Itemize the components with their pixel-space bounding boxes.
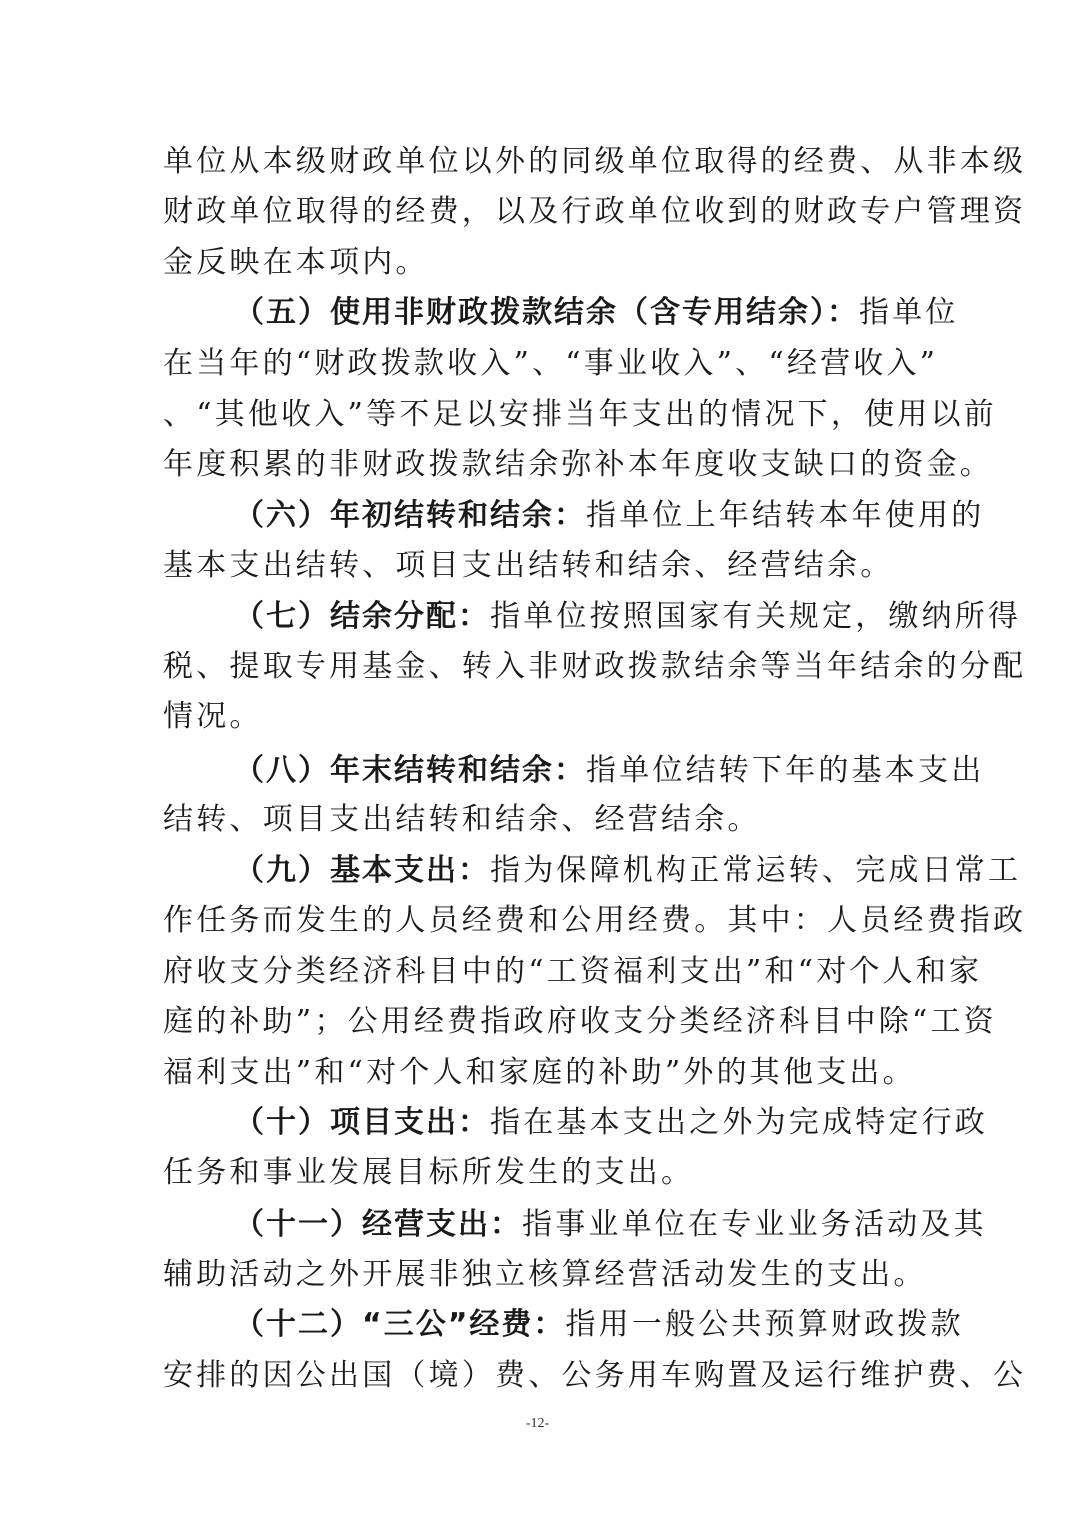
section-7-heading: （七）结余分配： — [234, 599, 490, 634]
section-9-line: 府收支分类经济科目中的“工资福利支出”和“对个人和家 — [163, 952, 923, 992]
section-11-line: 辅助活动之外开展非独立核算经营活动发生的支出。 — [163, 1255, 923, 1295]
section-5-heading: （五）使用非财政拨款结余（含专用结余）： — [234, 295, 859, 330]
section-7-text: 指单位按照国家有关规定，缴纳所得 — [490, 599, 1021, 634]
section-9-line: 福利支出”和“对个人和家庭的补助”外的其他支出。 — [163, 1053, 923, 1093]
section-7-line: 税、提取专用基金、转入非财政拨款结余等当年结余的分配 — [163, 647, 923, 687]
section-5-line: 在当年的“财政拨款收入”、“事业收入”、“经营收入” — [163, 344, 923, 384]
section-12-first-line: （十二）“三公”经费：指用一般公共预算财政拨款 — [234, 1305, 994, 1345]
section-7-line: 情况。 — [163, 697, 923, 737]
section-5-first-line: （五）使用非财政拨款结余（含专用结余）：指单位 — [234, 293, 994, 333]
section-10-first-line: （十）项目支出：指在基本支出之外为完成特定行政 — [234, 1103, 994, 1143]
section-9-line: 庭的补助”；公用经费指政府收支分类经济科目中除“工资 — [163, 1002, 923, 1042]
section-9-line: 作任务而发生的人员经费和公用经费。其中：人员经费指政 — [163, 901, 923, 941]
section-10-line: 任务和事业发展目标所发生的支出。 — [163, 1153, 923, 1193]
section-10-heading: （十）项目支出： — [234, 1105, 490, 1140]
section-5-line: 、“其他收入”等不足以安排当年支出的情况下，使用以前 — [163, 395, 923, 435]
section-9-text: 指为保障机构正常运转、完成日常工 — [490, 853, 1021, 888]
section-12-heading: （十二）“三公”经费： — [234, 1307, 565, 1342]
section-6-text: 指单位上年结转本年使用的 — [586, 498, 984, 533]
paragraph-continued-line: 财政单位取得的经费，以及行政单位收到的财政专户管理资 — [163, 192, 923, 232]
section-8-heading: （八）年末结转和结余： — [234, 753, 586, 788]
section-8-first-line: （八）年末结转和结余：指单位结转下年的基本支出 — [234, 751, 994, 791]
section-6-heading: （六）年初结转和结余： — [234, 498, 586, 533]
section-11-text: 指事业单位在专业业务活动及其 — [522, 1207, 987, 1242]
section-6-line: 基本支出结转、项目支出结转和结余、经营结余。 — [163, 546, 923, 586]
section-8-text: 指单位结转下年的基本支出 — [586, 753, 984, 788]
section-11-heading: （十一）经营支出： — [234, 1207, 522, 1242]
section-5-text: 指单位 — [859, 295, 959, 330]
document-page: 单位从本级财政单位以外的同级单位取得的经费、从非本级 财政单位取得的经费，以及行… — [0, 0, 1075, 1520]
section-8-line: 结转、项目支出结转和结余、经营结余。 — [163, 800, 923, 840]
section-11-first-line: （十一）经营支出：指事业单位在专业业务活动及其 — [234, 1205, 994, 1245]
section-5-line: 年度积累的非财政拨款结余弥补本年度收支缺口的资金。 — [163, 445, 923, 485]
section-9-heading: （九）基本支出： — [234, 853, 490, 888]
paragraph-continued-line: 单位从本级财政单位以外的同级单位取得的经费、从非本级 — [163, 142, 923, 182]
paragraph-continued-line: 金反映在本项内。 — [163, 243, 923, 283]
section-6-first-line: （六）年初结转和结余：指单位上年结转本年使用的 — [234, 496, 994, 536]
page-number: -12- — [0, 1416, 1075, 1432]
section-9-first-line: （九）基本支出：指为保障机构正常运转、完成日常工 — [234, 851, 994, 891]
section-12-line: 安排的因公出国（境）费、公务用车购置及运行维护费、公 — [163, 1356, 923, 1396]
section-12-text: 指用一般公共预算财政拨款 — [565, 1307, 963, 1342]
section-7-first-line: （七）结余分配：指单位按照国家有关规定，缴纳所得 — [234, 597, 994, 637]
section-10-text: 指在基本支出之外为完成特定行政 — [490, 1105, 988, 1140]
